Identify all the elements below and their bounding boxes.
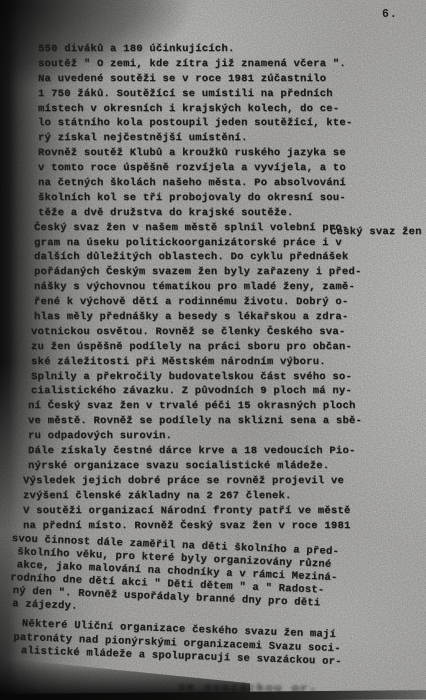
text-line: lo státního kola postoupil jeden soutěží… [38,116,418,131]
text-line: na přední místo. Rovněž Český svaz žen v… [23,519,418,534]
text-line: soutěž " O zemi, kde zítra již znamená v… [38,57,418,72]
text-line: na četných školách našeho města. Po abso… [38,176,418,191]
text-line: zvýšení členské základny na 2 267 členek… [23,489,418,504]
text-line: nášky s výchovnou tématikou pro mladé že… [34,280,418,295]
text-line: Výsledek jejich dobré práce se rovněž pr… [23,474,418,489]
text-line: Dále získaly čestné dárce krve a 18 vedo… [28,444,418,459]
text-line: V soutěži organizací Národní fronty patř… [23,504,418,519]
text-line: 1 750 žáků. Soutěžící se umístili na pře… [38,87,418,102]
text-line: rý získal nejčestnější umístění. [38,131,418,146]
margin-note: Český svaz žen [330,226,422,238]
text-line: 550 diváků a 180 účinkujících. [38,42,418,57]
text-line: ru odpadových surovin. [28,429,418,444]
text-line: v tomto roce úspěšně rozvíjela a vyvíjel… [38,161,418,176]
text-line: Splnily a překročily budovatelskou část … [31,370,418,385]
text-line: těže a dvě družstva do krajské soutěže. [38,206,418,221]
text-line: místech v okresních i krajských kolech, … [38,102,418,117]
text-line: pořádaných Českým svazem žen byly zařaze… [34,265,418,280]
text-line: cialistického závazku. Z původních 9 plo… [31,384,418,399]
text-line: řené k výchově dětí a rodinnému životu. … [34,295,418,310]
text-line: zu žen úspěšně podílely na práci sboru p… [31,340,418,355]
text-line: hlas měly přednášky a besedy s lékařskou… [34,310,418,325]
typed-text-block-main: 550 diváků a 180 účinkujících.soutěž " O… [38,42,418,533]
text-line: Na uvedené soutěži se v roce 1981 zúčast… [38,72,418,87]
text-line: ve městě. Rovněž se podílely na sklizni … [28,414,418,429]
text-line: nýrské organizace svazu socialistické ml… [28,459,418,474]
text-line: školních kol se tři probojovaly do okres… [38,191,418,206]
text-line: Rovněž soutěž Klubů a kroužků ruského ja… [38,146,418,161]
page-number: 6. [382,8,398,21]
text-line: ské záležitosti při Městském národním vý… [31,355,418,370]
scanned-document-page: 6. 550 diváků a 180 účinkujících.soutěž … [0,0,426,700]
typed-text-block-tilted: svou činnost dále zaměřil na děti školní… [9,533,422,627]
text-line: votnickou osvětou. Rovněž se členky Česk… [31,325,418,340]
text-line: dalších důležitých oblastech. Do cyklu p… [34,250,418,265]
text-line: ní Český svaz žen v trvalé péči 15 okras… [28,399,418,414]
